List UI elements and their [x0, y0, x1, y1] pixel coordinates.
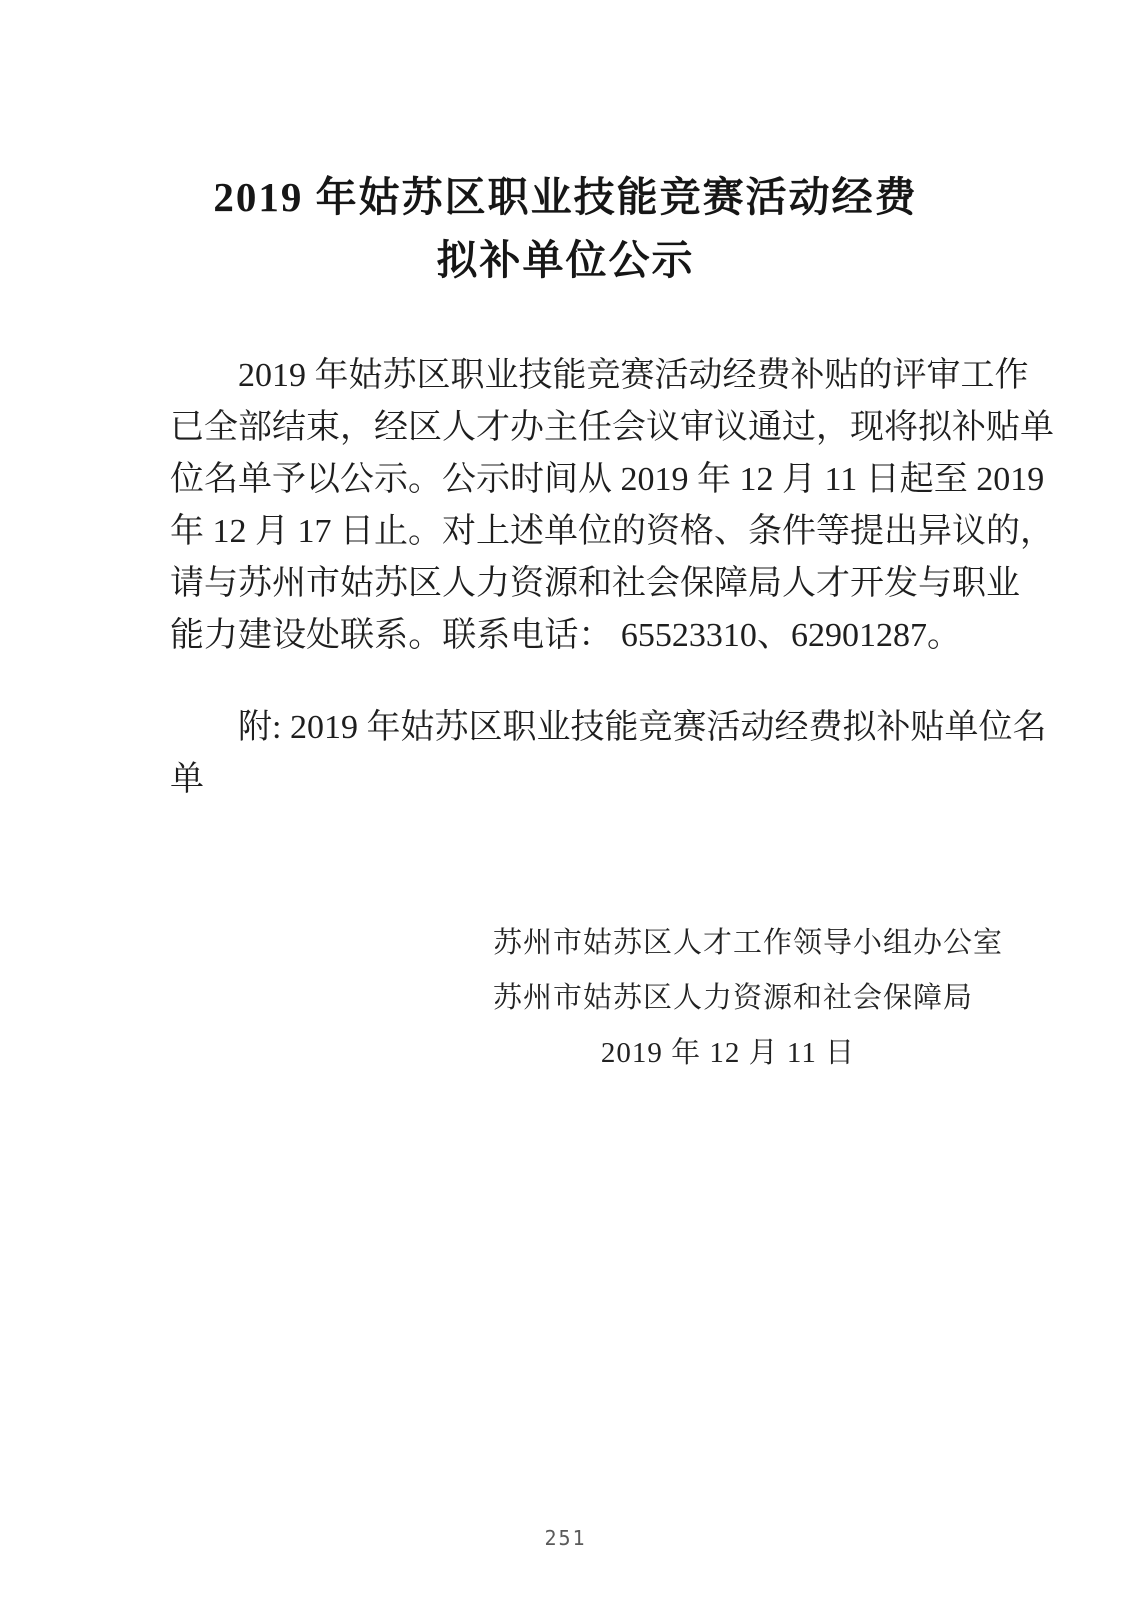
- document-title-line-2: 拟补单位公示: [0, 229, 1131, 292]
- attachment-line: 单: [170, 754, 961, 806]
- body-line: 已全部结束，经区人才办主任会议审议通过，现将拟补贴单: [170, 402, 961, 454]
- body-paragraph: 2019 年姑苏区职业技能竞赛活动经费补贴的评审工作 已全部结束，经区人才办主任…: [170, 350, 961, 662]
- document-title: 2019 年姑苏区职业技能竞赛活动经费 拟补单位公示: [0, 166, 1131, 292]
- signature-org-2: 苏州市姑苏区人力资源和社会保障局: [493, 971, 963, 1026]
- document-page: 2019 年姑苏区职业技能竞赛活动经费 拟补单位公示 2019 年姑苏区职业技能…: [0, 0, 1131, 1600]
- body-line: 位名单予以公示。公示时间从 2019 年 12 月 11 日起至 2019: [170, 454, 961, 506]
- body-line: 年 12 月 17 日止。对上述单位的资格、条件等提出异议的，: [170, 506, 961, 558]
- document-title-line-1: 2019 年姑苏区职业技能竞赛活动经费: [0, 166, 1131, 229]
- attachment-note: 附: 2019 年姑苏区职业技能竞赛活动经费拟补贴单位名 单: [170, 702, 961, 806]
- attachment-line: 附: 2019 年姑苏区职业技能竞赛活动经费拟补贴单位名: [170, 702, 961, 754]
- body-line: 请与苏州市姑苏区人力资源和社会保障局人才开发与职业: [170, 558, 961, 610]
- body-line: 能力建设处联系。联系电话： 65523310、62901287。: [170, 610, 961, 662]
- page-number: 251: [0, 1526, 1131, 1550]
- signature-block: 苏州市姑苏区人才工作领导小组办公室 苏州市姑苏区人力资源和社会保障局 2019 …: [493, 916, 963, 1081]
- body-line: 2019 年姑苏区职业技能竞赛活动经费补贴的评审工作: [170, 350, 961, 402]
- signature-date: 2019 年 12 月 11 日: [493, 1026, 963, 1081]
- signature-org-1: 苏州市姑苏区人才工作领导小组办公室: [493, 916, 963, 971]
